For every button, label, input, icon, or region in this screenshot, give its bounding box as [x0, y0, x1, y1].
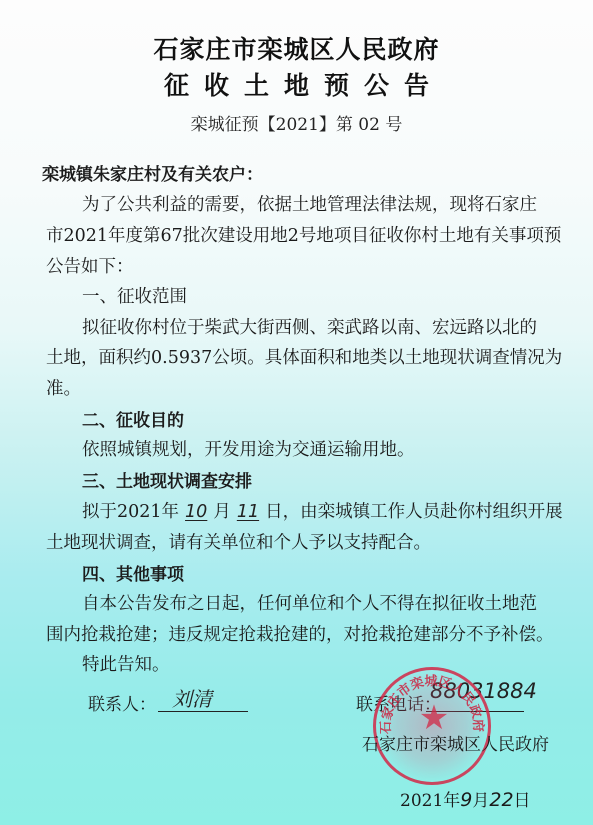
- issuer-title: 石家庄市栾城区人民政府: [0, 30, 593, 66]
- date-year: 2021年: [400, 791, 460, 811]
- document-number: 栾城征预【2021】第 02 号: [0, 110, 593, 135]
- survey-month-suffix: 月: [213, 502, 231, 522]
- section-1-line-1: 拟征收你村位于柴武大街西侧、栾武路以南、宏远路以北的: [82, 314, 537, 339]
- section-3-line-2: 土地现状调查，请有关单位和个人予以支持配合。: [46, 529, 431, 554]
- date-month-suffix: 月: [472, 791, 489, 811]
- contact-underline: [158, 711, 248, 712]
- signing-issuer: 石家庄市栾城区人民政府: [362, 730, 549, 755]
- signing-date: 2021年9月22日: [400, 786, 531, 811]
- section-2-line-1: 依照城镇规划，开发用途为交通运输用地。: [82, 436, 415, 461]
- notice-document: 石家庄市栾城区人民政府 征收土地预公告 栾城征预【2021】第 02 号 栾城镇…: [0, 0, 593, 825]
- date-day-suffix: 日: [514, 791, 531, 811]
- section-4-heading: 四、其他事项: [82, 560, 184, 585]
- section-3-heading: 三、土地现状调查安排: [82, 467, 252, 492]
- date-month-handwritten: 9: [460, 789, 472, 811]
- survey-date-line: 拟于2021年10月11日，由栾城镇工作人员赴你村组织开展: [82, 498, 563, 523]
- section-2-heading: 二、征收目的: [82, 406, 184, 431]
- notice-title: 征收土地预公告: [0, 66, 593, 102]
- addressee: 栾城镇朱家庄村及有关农户：: [42, 160, 263, 185]
- section-1-heading: 一、征收范围: [82, 283, 187, 308]
- intro-line-1: 为了公共利益的需要，依据土地管理法律法规，现将石家庄: [82, 191, 537, 216]
- intro-line-3: 公告如下：: [46, 253, 134, 278]
- contact-signature: 刘清: [172, 683, 212, 712]
- survey-month-handwritten: 10: [179, 502, 213, 522]
- closing-text: 特此告知。: [82, 651, 170, 676]
- contact-label: 联系人：: [88, 690, 156, 715]
- section-1-line-3: 准。: [46, 375, 81, 400]
- survey-prefix: 拟于2021年: [82, 502, 179, 522]
- date-day-handwritten: 22: [489, 789, 513, 811]
- survey-day-handwritten: 11: [231, 502, 265, 522]
- survey-suffix: 日，由栾城镇工作人员赴你村组织开展: [265, 502, 563, 522]
- official-seal: 石家庄市栾城区人民政府 ★: [373, 667, 491, 785]
- section-4-line-2: 围内抢栽抢建；违反规定抢栽抢建的，对抢栽抢建部分不予补偿。: [46, 621, 554, 646]
- section-4-line-1: 自本公告发布之日起，任何单位和个人不得在拟征收土地范: [82, 590, 537, 615]
- section-1-line-2: 土地，面积约0.5937公顷。具体面积和地类以土地现状调查情况为: [46, 344, 562, 369]
- intro-line-2: 市2021年度第67批次建设用地2号地项目征收你村土地有关事项预: [46, 222, 561, 247]
